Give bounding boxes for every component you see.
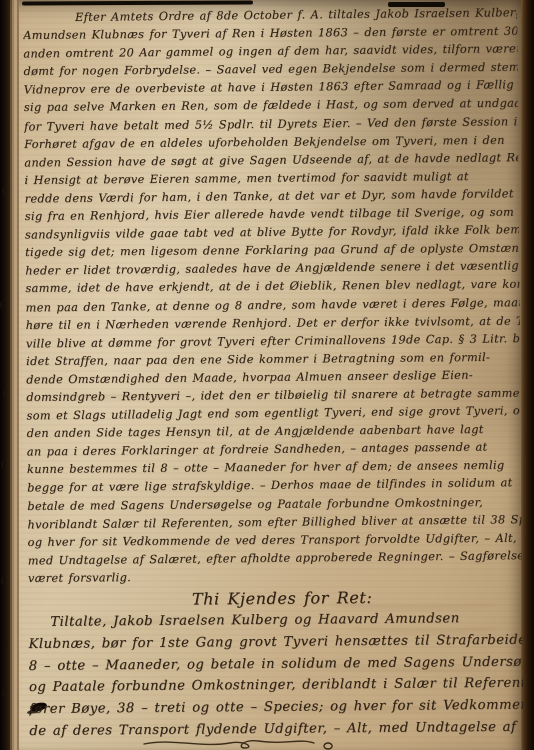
margin-ink-speck bbox=[5, 640, 12, 650]
margin-ink-speck bbox=[2, 688, 9, 698]
margin-ink-speck bbox=[4, 726, 11, 736]
margin-ink-speck bbox=[4, 522, 11, 532]
margin-ink-speck bbox=[1, 460, 8, 470]
margin-ink-speck bbox=[3, 388, 10, 398]
pen-flourish bbox=[142, 735, 342, 750]
judgment-body: Efter Amtets Ordre af 8de October f. A. … bbox=[23, 5, 522, 588]
verdict-body: Tiltalte, Jakob Israelsen Kulberg og Haa… bbox=[28, 608, 523, 743]
margin-ink-speck bbox=[2, 186, 9, 196]
manuscript-photo: Efter Amtets Ordre af 8de October f. A. … bbox=[0, 0, 534, 750]
page-edge-right bbox=[521, 0, 534, 750]
page-edge-left bbox=[10, 0, 19, 750]
judgment-text: Efter Amtets Ordre af 8de October f. A. … bbox=[23, 5, 523, 743]
margin-ink-speck bbox=[0, 300, 7, 310]
margin-ink-speck bbox=[1, 576, 8, 586]
book-gutter-left bbox=[0, 0, 10, 750]
